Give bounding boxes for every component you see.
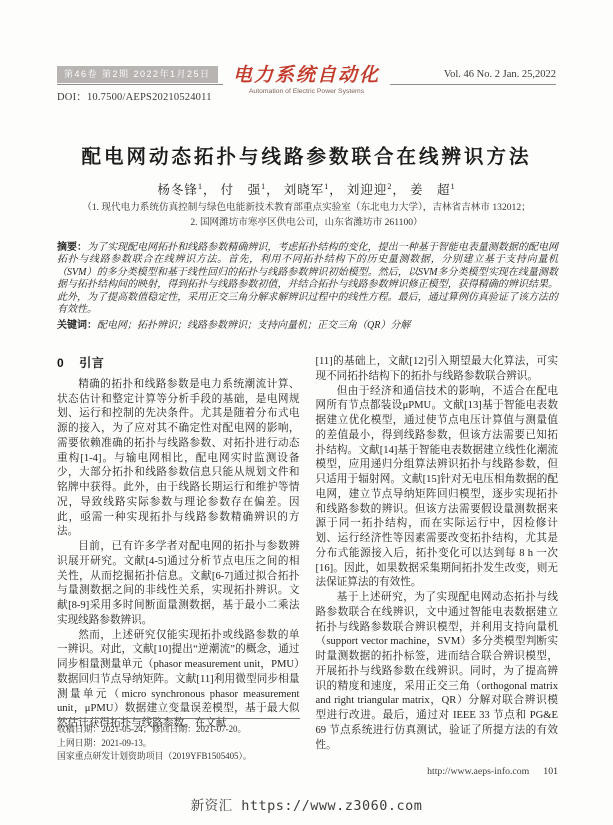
abstract-label: 摘要： <box>57 242 87 253</box>
affiliation-line: 2. 国网潍坊市寒亭区供电公司，山东省潍坊市 261100） <box>0 216 613 231</box>
affiliation-line: （1. 现代电力系统仿真控制与绿色电能新技术教育部重点实验室（东北电力大学），吉… <box>0 201 613 216</box>
author: 付 强1， <box>221 183 280 197</box>
author: 刘迎迎2， <box>347 183 406 197</box>
journal-page: 第46卷 第2期 2022年1月25日 DOI：10.7500/AEPS2021… <box>0 0 613 825</box>
paragraph: [11]的基础上，文献[12]引入期望最大化算法，可实现不同拓扑结构下的拓扑与线… <box>316 355 559 385</box>
footnote-received-date: 收稿日期：2021-05-24；修回日期：2021-07-20。 <box>57 723 300 736</box>
journal-website-url: http://www.aeps-info.com <box>427 766 529 777</box>
paragraph: 基于上述研究，为了实现配电网动态拓扑与线路参数联合在线辨识，文中通过智能电表数据… <box>316 591 559 753</box>
section-heading: 0引言 <box>57 356 300 371</box>
abstract-block: 摘要：为了实现配电网拓扑和线路参数精确辨识，考虑拓扑结构的变化，提出一种基于智能… <box>57 242 558 332</box>
author: 刘晓军1， <box>284 183 343 197</box>
article-title: 配电网动态拓扑与线路参数联合在线辨识方法 <box>0 141 613 169</box>
paragraph: 然而，上述研究仅能实现拓扑或线路参数的单一辨识。对此，文献[10]提出“逆潮流”… <box>57 629 300 732</box>
page-footer: http://www.aeps-info.com101 <box>427 766 558 777</box>
section-number: 0 <box>57 356 64 370</box>
footnotes: 收稿日期：2021-05-24；修回日期：2021-07-20。 上网日期：20… <box>57 718 300 763</box>
journal-name-chinese: 电力系统自动化 <box>223 60 390 87</box>
keywords: 关键词：配电网；拓扑辨识；线路参数辨识；支持向量机；正交三角（QR）分解 <box>57 320 558 332</box>
keywords-text: 配电网；拓扑辨识；线路参数辨识；支持向量机；正交三角（QR）分解 <box>97 320 410 331</box>
journal-logo: 电力系统自动化 Automation of Electric Power Sys… <box>0 60 613 95</box>
left-column: 0引言 精确的拓扑和线路参数是电力系统潮流计算、状态估计和整定计算等分析手段的基… <box>57 355 300 765</box>
watermark-text: 新资汇 https://www.z3060.com <box>0 794 613 814</box>
footnote-funding: 国家重点研发计划资助项目（2019YFB1505405）。 <box>57 750 300 763</box>
abstract: 摘要：为了实现配电网拓扑和线路参数精确辨识，考虑拓扑结构的变化，提出一种基于智能… <box>57 242 558 316</box>
paragraph: 目前，已有许多学者对配电网的拓扑与参数辨识展开研究。文献[4-5]通过分析节点电… <box>57 540 300 629</box>
footnote-divider <box>57 718 300 719</box>
paragraph: 精确的拓扑和线路参数是电力系统潮流计算、状态估计和整定计算等分析手段的基础，是电… <box>57 378 300 540</box>
body-columns: 0引言 精确的拓扑和线路参数是电力系统潮流计算、状态估计和整定计算等分析手段的基… <box>57 355 558 765</box>
right-column: [11]的基础上，文献[12]引入期望最大化算法，可实现不同拓扑结构下的拓扑与线… <box>316 355 559 765</box>
page-number: 101 <box>543 766 558 777</box>
author-affiliation-mark: 1 <box>451 182 456 191</box>
section-title: 引言 <box>79 356 104 370</box>
paragraph: 但由于经济和通信技术的影响，不适合在配电网所有节点都装设μPMU。文献[13]基… <box>316 385 559 592</box>
abstract-text: 为了实现配电网拓扑和线路参数精确辨识，考虑拓扑结构的变化，提出一种基于智能电表量… <box>57 242 558 315</box>
footnote-online-date: 上网日期：2021-09-13。 <box>57 737 300 750</box>
author: 杨冬锋1， <box>157 183 216 197</box>
journal-name-english: Automation of Electric Power Systems <box>0 88 613 95</box>
affiliations: （1. 现代电力系统仿真控制与绿色电能新技术教育部重点实验室（东北电力大学），吉… <box>0 201 613 230</box>
keywords-label: 关键词： <box>57 320 97 331</box>
author-list: 杨冬锋1， 付 强1， 刘晓军1， 刘迎迎2， 姜 超1 <box>0 180 613 198</box>
author: 姜 超1 <box>410 183 456 197</box>
